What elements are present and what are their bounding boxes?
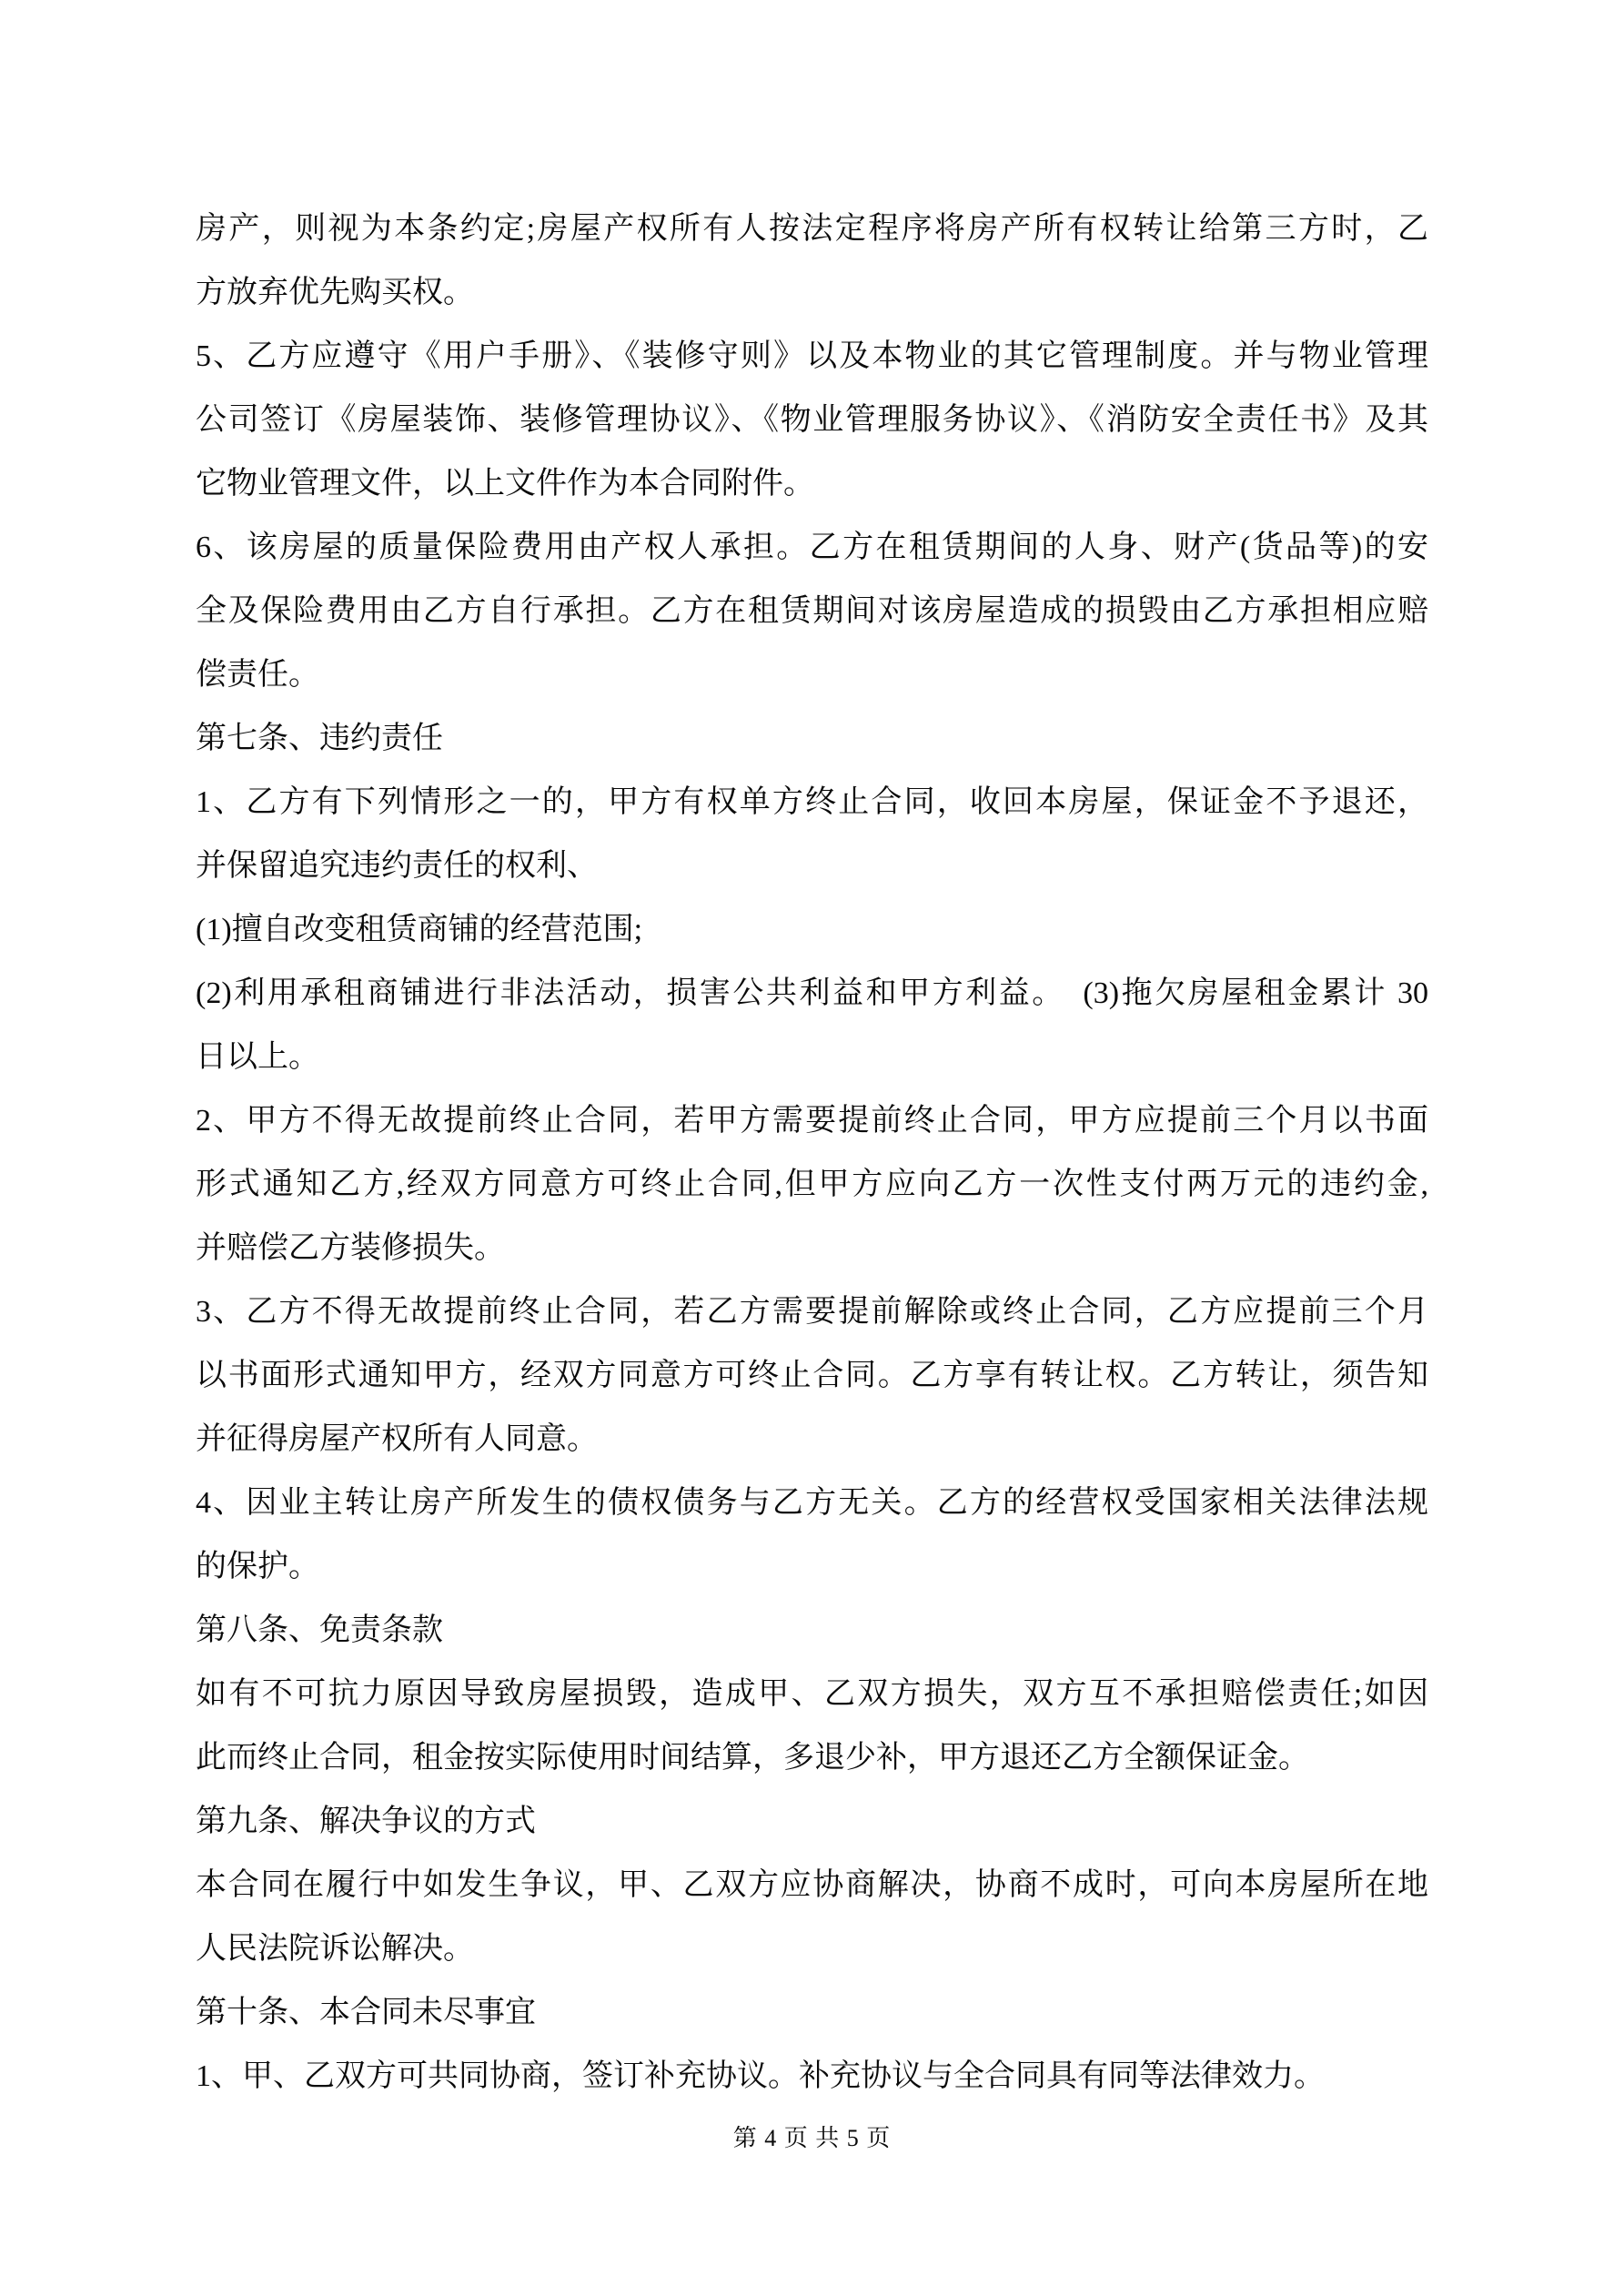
text-line: 方放弃优先购买权。 [196, 261, 1428, 325]
document-body: 房产，则视为本条约定;房屋产权所有人按法定程序将房产所有权转让给第三方时，乙方放… [196, 197, 1428, 2109]
text-line: 此而终止合同，租金按实际使用时间结算，多退少补，甲方退还乙方全额保证金。 [196, 1726, 1428, 1790]
text-line: 5、乙方应遵守《用户手册》、《装修守则》以及本物业的其它管理制度。并与物业管理 [196, 325, 1428, 389]
text-line: 公司签订《房屋装饰、装修管理协议》、《物业管理服务协议》、《消防安全责任书》及其 [196, 389, 1428, 452]
page-number-footer: 第 4 页 共 5 页 [0, 2120, 1624, 2157]
text-line: 第八条、免责条款 [196, 1599, 1428, 1663]
text-line: 并赔偿乙方装修损失。 [196, 1217, 1428, 1280]
text-line: 第七条、违约责任 [196, 707, 1428, 771]
contract-page: 房产，则视为本条约定;房屋产权所有人按法定程序将房产所有权转让给第三方时，乙方放… [0, 0, 1624, 2296]
text-line: 以书面形式通知甲方，经双方同意方可终止合同。乙方享有转让权。乙方转让，须告知 [196, 1344, 1428, 1408]
text-line: 偿责任。 [196, 643, 1428, 707]
text-line: 日以上。 [196, 1026, 1428, 1089]
text-line: 它物业管理文件，以上文件作为本合同附件。 [196, 452, 1428, 516]
text-line: 第十条、本合同未尽事宜 [196, 1981, 1428, 2045]
text-line: 如有不可抗力原因导致房屋损毁，造成甲、乙双方损失，双方互不承担赔偿责任;如因 [196, 1663, 1428, 1726]
text-line: 3、乙方不得无故提前终止合同，若乙方需要提前解除或终止合同，乙方应提前三个月 [196, 1280, 1428, 1344]
text-line: 2、甲方不得无故提前终止合同，若甲方需要提前终止合同，甲方应提前三个月以书面 [196, 1089, 1428, 1153]
text-line: 房产，则视为本条约定;房屋产权所有人按法定程序将房产所有权转让给第三方时，乙 [196, 197, 1428, 261]
text-line: 6、该房屋的质量保险费用由产权人承担。乙方在租赁期间的人身、财产(货品等)的安 [196, 516, 1428, 580]
text-line: 本合同在履行中如发生争议，甲、乙双方应协商解决，协商不成时，可向本房屋所在地 [196, 1854, 1428, 1917]
text-line: (1)擅自改变租赁商铺的经营范围; [196, 898, 1428, 962]
text-line: (2)利用承租商铺进行非法活动，损害公共利益和甲方利益。 (3)拖欠房屋租金累计… [196, 962, 1428, 1026]
text-line: 全及保险费用由乙方自行承担。乙方在租赁期间对该房屋造成的损毁由乙方承担相应赔 [196, 580, 1428, 643]
text-line: 人民法院诉讼解决。 [196, 1917, 1428, 1981]
text-line: 的保护。 [196, 1535, 1428, 1599]
text-line: 1、甲、乙双方可共同协商，签订补充协议。补充协议与全合同具有同等法律效力。 [196, 2045, 1428, 2109]
text-line: 形式通知乙方,经双方同意方可终止合同,但甲方应向乙方一次性支付两万元的违约金, [196, 1153, 1428, 1217]
text-line: 1、乙方有下列情形之一的，甲方有权单方终止合同，收回本房屋，保证金不予退还， [196, 771, 1428, 834]
text-line: 第九条、解决争议的方式 [196, 1790, 1428, 1854]
text-line: 并征得房屋产权所有人同意。 [196, 1408, 1428, 1472]
text-line: 4、因业主转让房产所发生的债权债务与乙方无关。乙方的经营权受国家相关法律法规 [196, 1472, 1428, 1535]
text-line: 并保留追究违约责任的权利、 [196, 834, 1428, 898]
